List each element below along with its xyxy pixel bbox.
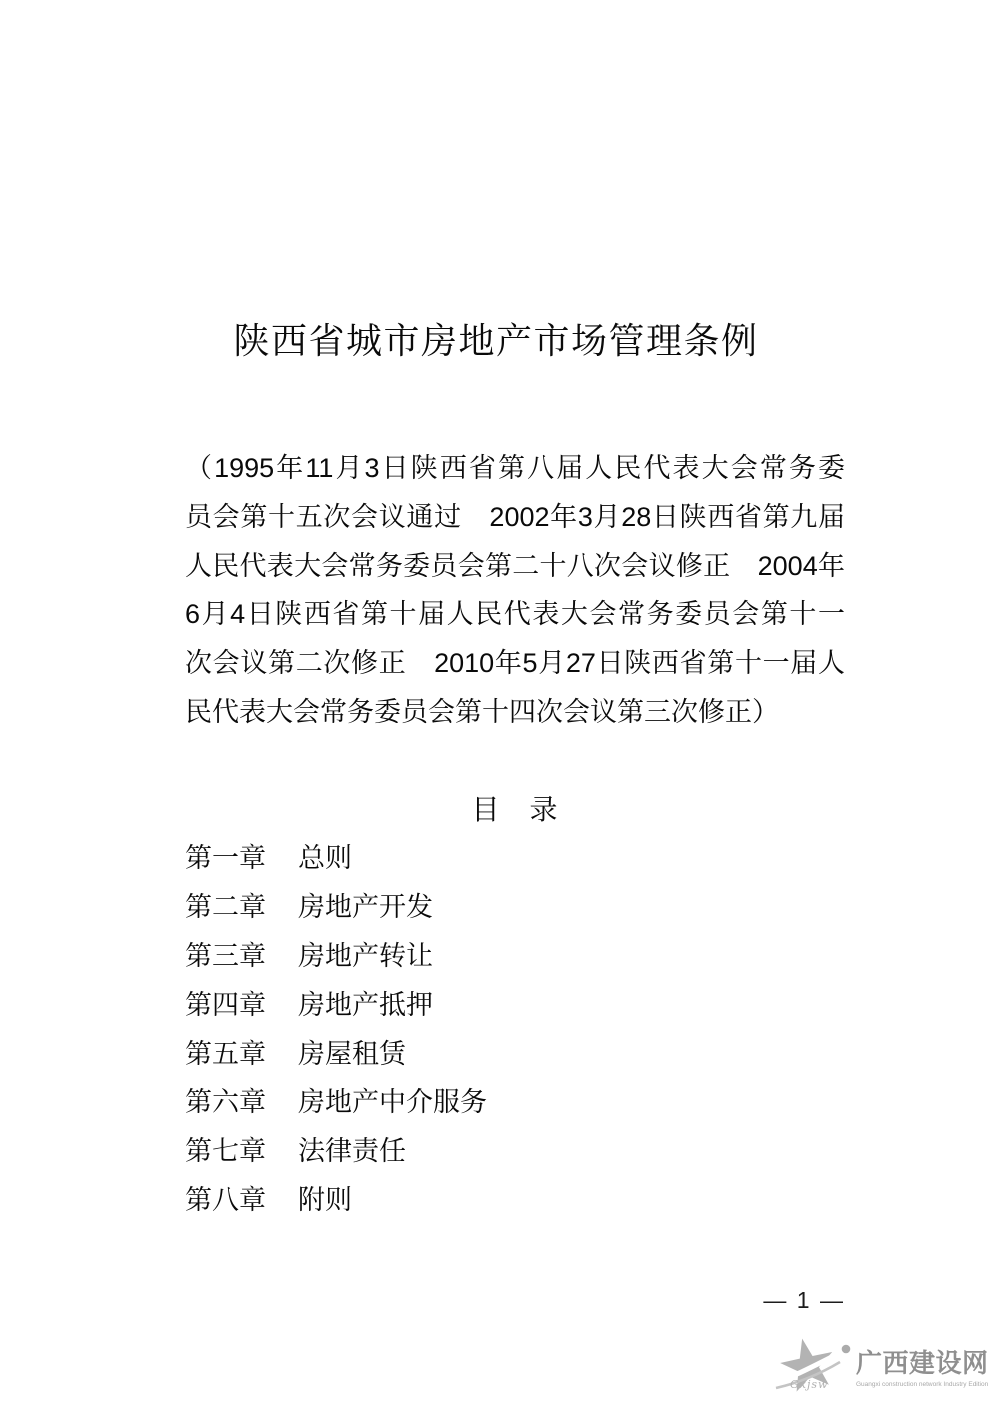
toc-chapter-title: 房地产开发 — [298, 883, 433, 932]
toc-chapter-number: 第四章 — [185, 981, 266, 1030]
preamble-line: 次会议第二次修正 2010年5月27日陕西省第十一届人 — [185, 639, 845, 688]
watermark-text: 广西建设网 Guangxi construction network Indus… — [856, 1350, 990, 1389]
preamble-line: 6月4日陕西省第十届人民代表大会常务委员会第十一 — [185, 590, 845, 639]
document-body: （1995年11月3日陕西省第八届人民代表大会常务委 员会第十五次会议通过 20… — [185, 444, 845, 1225]
toc-chapter-title: 房地产转让 — [298, 932, 433, 981]
toc-item: 第八章 附则 — [185, 1176, 845, 1225]
site-watermark: Gxjsw 广西建设网 Guangxi construction network… — [772, 1336, 990, 1400]
toc-chapter-number: 第七章 — [185, 1127, 266, 1176]
toc-item: 第二章 房地产开发 — [185, 883, 845, 932]
star-swoosh-icon — [772, 1336, 856, 1401]
toc-chapter-title: 法律责任 — [298, 1127, 406, 1176]
page-number: — 1 — — [763, 1288, 845, 1312]
document-page: 陕西省城市房地产市场管理条例 （1995年11月3日陕西省第八届人民代表大会常务… — [0, 0, 992, 1403]
toc-item: 第四章 房地产抵押 — [185, 981, 845, 1030]
toc-chapter-title: 房地产抵押 — [298, 981, 433, 1030]
toc-item: 第六章 房地产中介服务 — [185, 1078, 845, 1127]
toc-chapter-number: 第二章 — [185, 883, 266, 932]
toc-chapter-title: 房屋租赁 — [298, 1030, 406, 1079]
toc-item: 第五章 房屋租赁 — [185, 1030, 845, 1079]
toc-chapter-number: 第八章 — [185, 1176, 266, 1225]
toc-chapter-title: 房地产中介服务 — [298, 1078, 487, 1127]
preamble-line: 民代表大会常务委员会第十四次会议第三次修正） — [185, 688, 845, 737]
blank-line — [185, 737, 845, 786]
toc-chapter-number: 第五章 — [185, 1030, 266, 1079]
toc-chapter-title: 附则 — [298, 1176, 352, 1225]
watermark-tagline: Guangxi construction network Industry Ed… — [856, 1381, 990, 1389]
toc-chapter-number: 第三章 — [185, 932, 266, 981]
watermark-brand: 广西建设网 — [856, 1349, 989, 1378]
toc-chapter-title: 总则 — [298, 834, 352, 883]
toc-item: 第七章 法律责任 — [185, 1127, 845, 1176]
document-title: 陕西省城市房地产市场管理条例 — [166, 320, 826, 362]
toc-item: 第一章 总则 — [185, 834, 845, 883]
toc-chapter-number: 第六章 — [185, 1078, 266, 1127]
preamble-line: 人民代表大会常务委员会第二十八次会议修正 2004年 — [185, 542, 845, 591]
preamble-line: （1995年11月3日陕西省第八届人民代表大会常务委 — [185, 444, 845, 493]
toc-chapter-number: 第一章 — [185, 834, 266, 883]
toc-item: 第三章 房地产转让 — [185, 932, 845, 981]
preamble-line: 员会第十五次会议通过 2002年3月28日陕西省第九届 — [185, 493, 845, 542]
toc-heading: 目 录 — [185, 786, 845, 835]
logo-script-text: Gxjsw — [790, 1378, 828, 1391]
